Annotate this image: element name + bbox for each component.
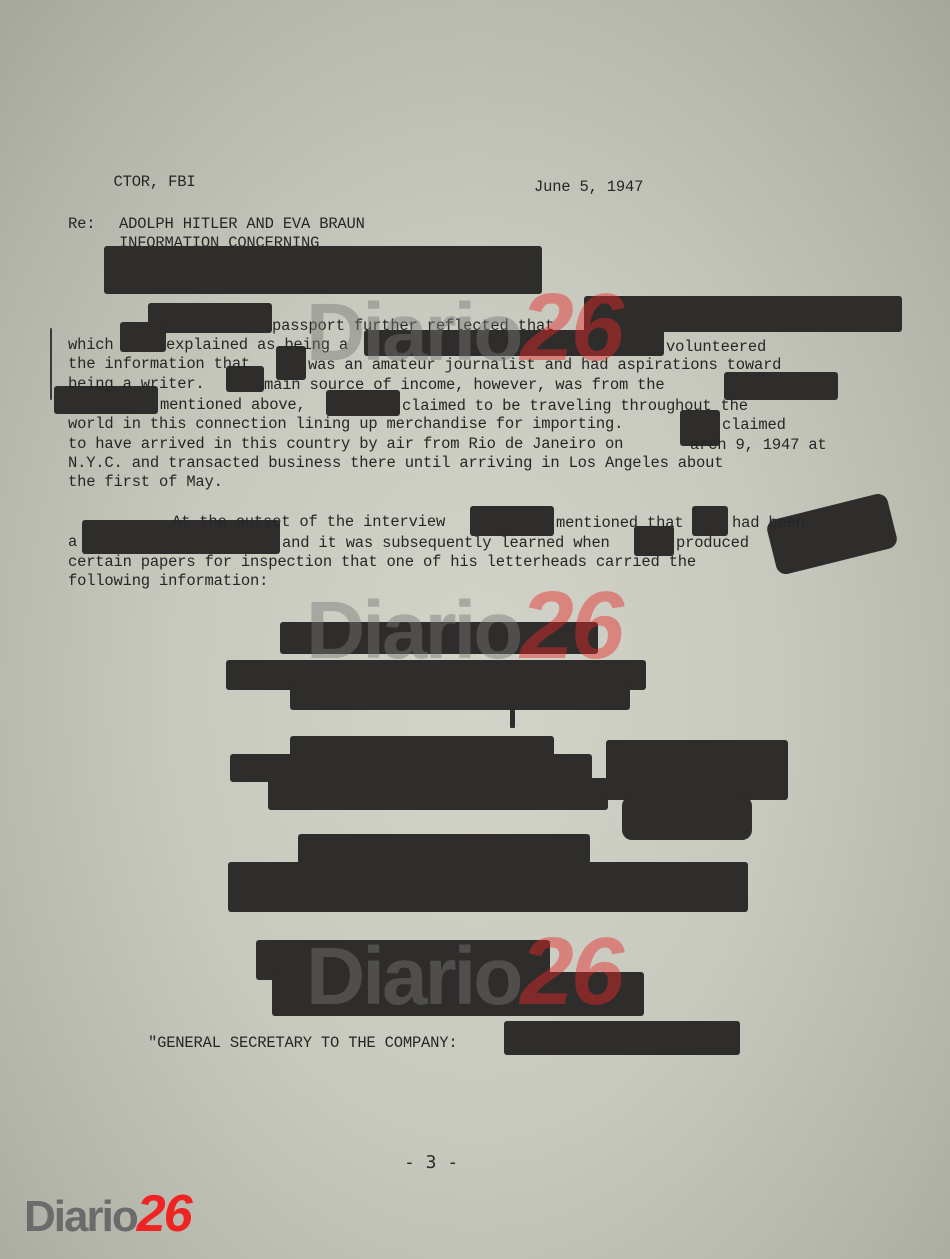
redaction-block: [290, 684, 630, 710]
body-text: passport further reflected that: [272, 317, 554, 336]
body-text: claimed: [722, 416, 786, 435]
body-text: the first of May.: [68, 473, 223, 492]
addressee: CTOR, FBI: [68, 173, 195, 192]
body-text: produced: [676, 534, 749, 553]
subject-line-1: ADOLPH HITLER AND EVA BRAUN: [119, 215, 365, 234]
letterhead-closing: "GENERAL SECRETARY TO THE COMPANY:: [148, 1034, 457, 1053]
redaction-block: [272, 972, 644, 1016]
body-text: main source of income, however, was from…: [264, 376, 664, 395]
body-text: mentioned above,: [160, 396, 306, 415]
redaction-block: [268, 778, 608, 810]
redaction-block: [148, 303, 272, 333]
body-text: had been: [732, 514, 805, 533]
margin-bracket: [50, 328, 52, 400]
redaction-block: [280, 622, 598, 654]
body-text: being a writer.: [68, 375, 205, 394]
body-text: was an amateur journalist and had aspira…: [308, 356, 781, 375]
redaction-block: [228, 862, 748, 912]
body-text: N.Y.C. and transacted business there unt…: [68, 454, 723, 473]
body-text: and it was subsequently learned when: [282, 534, 610, 553]
body-text: certain papers for inspection that one o…: [68, 553, 696, 572]
body-text: a: [68, 533, 77, 552]
body-text: arch 9, 1947 at: [690, 436, 827, 455]
body-text: the information that: [68, 355, 250, 374]
redaction-block: [765, 492, 899, 576]
redaction-block: [120, 322, 166, 352]
body-text: which: [68, 336, 114, 355]
page-number: - 3 -: [404, 1152, 458, 1173]
diario26-logo: Diario26: [24, 1188, 191, 1240]
redaction-block: [470, 506, 554, 536]
body-text: volunteered: [666, 338, 766, 357]
body-text: claimed to be traveling throughout the: [402, 397, 748, 416]
body-text: explained as being a: [166, 336, 348, 355]
redaction-block: [606, 740, 788, 800]
redaction-block: [504, 1021, 740, 1055]
redaction-block: [622, 796, 752, 840]
body-text: world in this connection lining up merch…: [68, 415, 623, 434]
redaction-block: [510, 708, 515, 728]
redaction-block: [584, 296, 902, 332]
body-text: mentioned that: [556, 514, 683, 533]
redaction-block: [104, 246, 542, 294]
document-page: CTOR, FBI June 5, 1947 Re: ADOLPH HITLER…: [0, 0, 950, 1259]
redaction-block: [724, 372, 838, 400]
redaction-block: [298, 834, 590, 864]
body-text: to have arrived in this country by air f…: [68, 435, 623, 454]
document-date: June 5, 1947: [534, 178, 643, 197]
body-text: At the outset of the interview: [172, 513, 445, 532]
re-label: Re:: [68, 215, 95, 234]
redaction-block: [692, 506, 728, 536]
body-text: following information:: [68, 572, 268, 591]
